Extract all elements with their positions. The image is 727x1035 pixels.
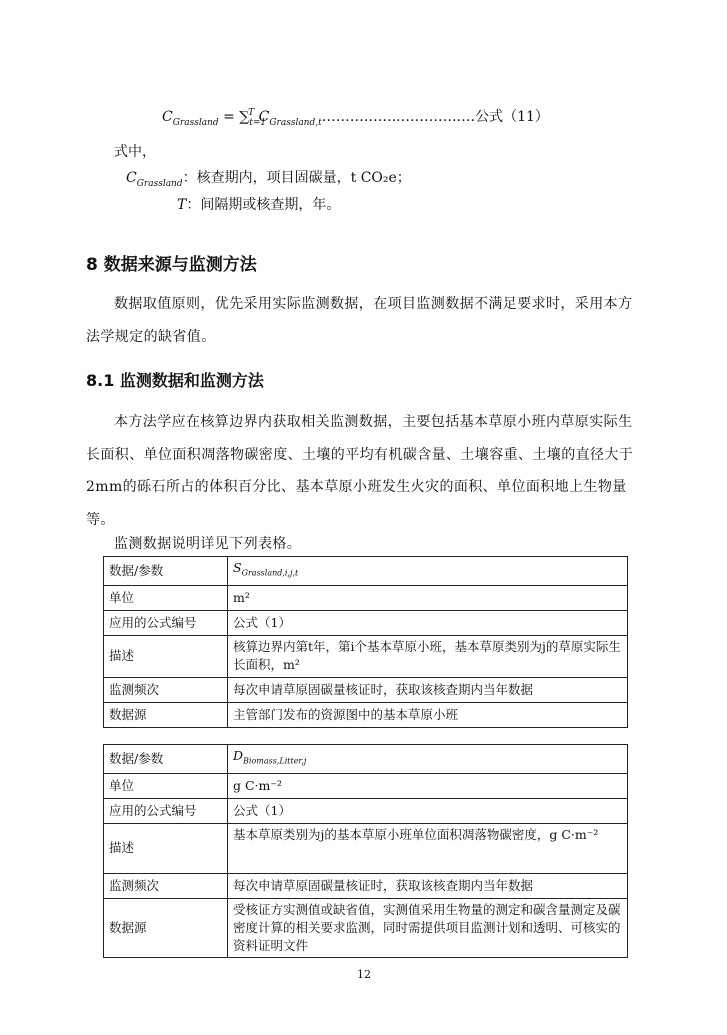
row-key: 数据/参数: [104, 745, 228, 774]
table-row: 数据源受核证方实测值或缺省值，实测值采用生物量的测定和碳含量测定及碳密度计算的相…: [104, 898, 628, 957]
page-number: 12: [357, 968, 371, 981]
param-table-1: 数据/参数SGrassland,i,j,t 单位m² 应用的公式编号公式（1） …: [103, 556, 628, 728]
leader-dots: ……………..………….…: [322, 109, 475, 125]
row-key: 监测频次: [104, 677, 228, 702]
table-row: 单位m²: [104, 585, 628, 610]
param-subscript: Grassland,i,j,t: [242, 569, 299, 578]
row-key: 应用的公式编号: [104, 798, 228, 823]
row-val: DBiomass,Litter,j: [228, 745, 628, 774]
row-key: 监测频次: [104, 873, 228, 898]
row-val: 公式（1）: [228, 610, 628, 635]
table-row: 数据/参数DBiomass,Litter,j: [104, 745, 628, 774]
formula-label: 公式（11）: [475, 109, 549, 125]
row-val: SGrassland,i,j,t: [228, 557, 628, 586]
row-val: 公式（1）: [228, 798, 628, 823]
row-val: 每次申请草原固碳量核证时，获取该核查期内当年数据: [228, 873, 628, 898]
param-symbol: S: [233, 560, 242, 575]
row-key: 单位: [104, 585, 228, 610]
var-desc: ：间隔期或核查期，年。: [186, 197, 340, 213]
section-8-heading: 8 数据来源与监测方法: [86, 250, 257, 275]
table-row: 描述基本草原类别为j的基本草原小班单位面积凋落物碳密度，g C·m⁻²: [104, 823, 628, 873]
param-subscript: Biomass,Litter,j: [243, 757, 306, 766]
table-row: 数据/参数SGrassland,i,j,t: [104, 557, 628, 586]
row-val: 受核证方实测值或缺省值，实测值采用生物量的测定和碳含量测定及碳密度计算的相关要求…: [228, 898, 628, 957]
section-8-paragraph: 数据取值原则，优先采用实际监测数据，在项目监测数据不满足要求时，采用本方法学规定…: [86, 288, 641, 353]
formula-lhs-sub: Grassland: [173, 118, 219, 128]
table-row: 单位g C·m⁻²: [104, 773, 628, 798]
row-key: 单位: [104, 773, 228, 798]
table-row: 监测频次每次申请草原固碳量核证时，获取该核查期内当年数据: [104, 873, 628, 898]
row-key: 数据/参数: [104, 557, 228, 586]
where-var-t: T：间隔期或核查期，年。: [177, 189, 340, 221]
row-key: 数据源: [104, 702, 228, 727]
section-8-1-heading: 8.1 监测数据和监测方法: [86, 368, 264, 391]
formula-equals: = ∑: [223, 109, 249, 125]
sum-upper: T: [248, 108, 254, 118]
param-symbol: D: [233, 748, 243, 763]
table-row: 应用的公式编号公式（1）: [104, 798, 628, 823]
row-val: 基本草原类别为j的基本草原小班单位面积凋落物碳密度，g C·m⁻²: [228, 823, 628, 873]
table-row: 数据源主管部门发布的资源图中的基本草原小班: [104, 702, 628, 727]
table-row: 应用的公式编号公式（1）: [104, 610, 628, 635]
row-key: 描述: [104, 823, 228, 873]
table-row: 描述核算边界内第t年，第i个基本草原小班，基本草原类别为j的草原实际生长面积，m…: [104, 635, 628, 677]
row-val: 核算边界内第t年，第i个基本草原小班，基本草原类别为j的草原实际生长面积，m²: [228, 635, 628, 677]
var-symbol: C: [126, 170, 137, 186]
section-8-1-paragraph: 本方法学应在核算边界内获取相关监测数据，主要包括基本草原小班内草原实际生长面积、…: [86, 406, 641, 536]
row-val: g C·m⁻²: [228, 773, 628, 798]
row-val: 每次申请草原固碳量核证时，获取该核查期内当年数据: [228, 677, 628, 702]
formula-term: C: [259, 109, 270, 125]
var-desc: ：核查期内，项目固碳量，t CO₂e；: [183, 170, 411, 186]
formula-term-sub: Grassland,t: [269, 118, 321, 128]
var-symbol: T: [177, 197, 186, 213]
param-table-2: 数据/参数DBiomass,Litter,j 单位g C·m⁻² 应用的公式编号…: [103, 744, 628, 958]
formula-lhs: C: [162, 109, 173, 125]
row-key: 应用的公式编号: [104, 610, 228, 635]
row-val: m²: [228, 585, 628, 610]
row-val: 主管部门发布的资源图中的基本草原小班: [228, 702, 628, 727]
row-key: 描述: [104, 635, 228, 677]
formula-11: CGrassland = ∑t=1T CGrassland,t……………..………: [162, 106, 549, 128]
var-symbol-sub: Grassland: [137, 179, 183, 189]
table-row: 监测频次每次申请草原固碳量核证时，获取该核查期内当年数据: [104, 677, 628, 702]
row-key: 数据源: [104, 898, 228, 957]
